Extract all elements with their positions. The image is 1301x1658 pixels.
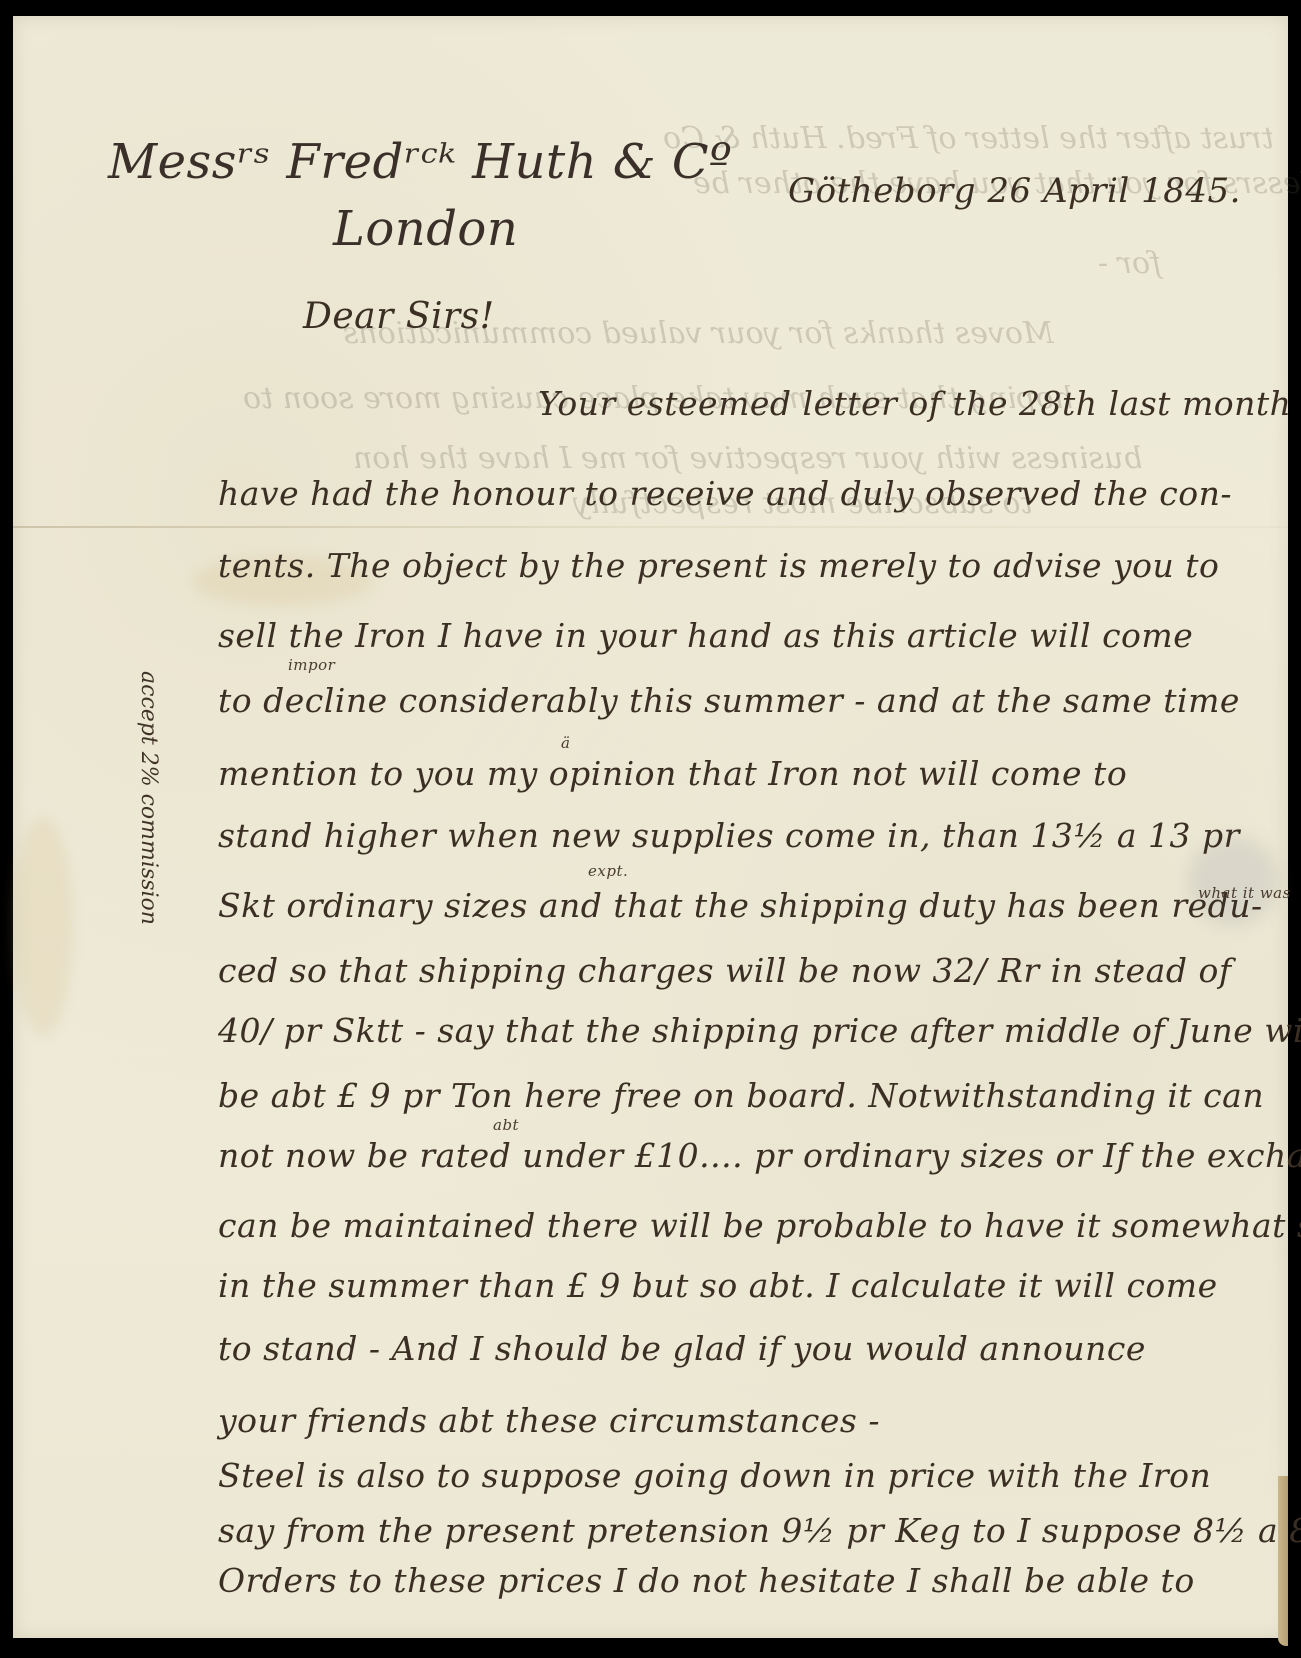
interlinear-note: impor: [288, 656, 335, 674]
body-line: tents. The object by the present is mere…: [218, 546, 1219, 585]
body-line: ced so that shipping charges will be now…: [218, 951, 1232, 990]
body-line: be abt £ 9 pr Ton here free on board. No…: [218, 1076, 1264, 1115]
body-line: can be maintained there will be probable…: [218, 1206, 1301, 1245]
bleed-through-text: business with your respective for me I h…: [353, 441, 1142, 476]
body-line: mention to you my opinion that Iron not …: [218, 754, 1127, 793]
bleed-through-text: trust after the letter of Fred. Huth & C…: [663, 121, 1274, 156]
salutation: Dear Sirs!: [303, 296, 495, 337]
paper-stain: [13, 816, 73, 1036]
body-line: in the summer than £ 9 but so abt. I cal…: [218, 1266, 1218, 1305]
body-line: your friends abt these circumstances -: [218, 1401, 880, 1440]
interlinear-note: expt.: [588, 862, 628, 880]
body-line: to decline considerably this summer - an…: [218, 681, 1240, 720]
addressee-name: Messʳˢ Fredʳᶜᵏ Huth & Cº: [108, 134, 732, 190]
interlinear-note: ä: [561, 734, 570, 752]
body-line: stand higher when new supplies come in, …: [218, 816, 1240, 855]
letter-page: trust after the letter of Fred. Huth & C…: [13, 16, 1288, 1638]
addressee-city: London: [333, 201, 518, 257]
body-line: Orders to these prices I do not hesitate…: [218, 1561, 1195, 1600]
body-line: 40/ pr Sktt - say that the shipping pric…: [218, 1011, 1301, 1050]
body-line: Skt ordinary sizes and that the shipping…: [218, 886, 1263, 925]
interlinear-note: what it was: [1198, 884, 1291, 902]
paper-fold-crease: [13, 526, 1288, 528]
body-line: say from the present pretension 9½ pr Ke…: [218, 1511, 1301, 1550]
body-line: to stand - And I should be glad if you w…: [218, 1329, 1146, 1368]
place-date: Götheborg 26 April 1845.: [788, 171, 1241, 211]
body-line: have had the honour to receive and duly …: [218, 474, 1232, 513]
interlinear-note: abt: [493, 1116, 519, 1134]
body-line: Steel is also to suppose going down in p…: [218, 1456, 1211, 1495]
paper-edge-curl: [1278, 1476, 1288, 1646]
bleed-through-text: for -: [1098, 246, 1161, 281]
body-line: Your esteemed letter of the 28th last mo…: [538, 384, 1301, 423]
margin-note: accept 2% commission: [136, 671, 161, 925]
body-line: not now be rated under £10.... pr ordina…: [218, 1136, 1301, 1175]
body-line: sell the Iron I have in your hand as thi…: [218, 616, 1193, 655]
